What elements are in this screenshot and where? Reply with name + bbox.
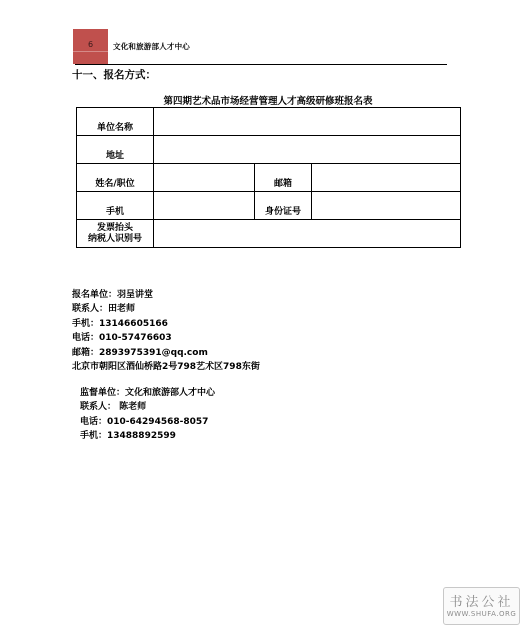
id-number-field[interactable]: [312, 192, 461, 220]
name-position-field[interactable]: [154, 164, 255, 192]
table-row: 手机 身份证号: [77, 192, 461, 220]
table-row: 地址: [77, 136, 461, 164]
registration-contact-person: 联系人：田老师: [72, 302, 260, 316]
section-title: 十一、报名方式：: [72, 67, 156, 82]
supervision-mobile: 手机：13488892599: [80, 429, 215, 443]
header-rule: [75, 64, 447, 65]
badge-divider: [73, 51, 108, 52]
label-tax-id: 纳税人识别号: [77, 234, 153, 245]
label-email: 邮箱: [255, 164, 312, 192]
label-address: 地址: [77, 136, 154, 164]
registration-email: 邮箱：2893975391@qq.com: [72, 346, 260, 360]
unit-name-field[interactable]: [154, 108, 461, 136]
supervision-phone: 电话：010-64294568-8057: [80, 415, 215, 429]
supervision-contact-block: 监督单位：文化和旅游部人才中心 联系人： 陈老师 电话：010-64294568…: [80, 386, 215, 444]
label-invoice-tax-id: 发票抬头 纳税人识别号: [77, 220, 154, 248]
email-field[interactable]: [312, 164, 461, 192]
label-id-number: 身份证号: [255, 192, 312, 220]
watermark-url: WWW.SHUFA.ORG: [444, 610, 519, 618]
page-number: 6: [73, 40, 108, 49]
registration-phone: 电话：010-57476603: [72, 331, 260, 345]
mobile-field[interactable]: [154, 192, 255, 220]
header-organization: 文化和旅游部人才中心: [113, 41, 190, 52]
table-row: 姓名/职位 邮箱: [77, 164, 461, 192]
supervision-contact-person: 联系人： 陈老师: [80, 400, 215, 414]
table-row: 发票抬头 纳税人识别号: [77, 220, 461, 248]
page-number-badge: 6: [73, 29, 108, 64]
address-field[interactable]: [154, 136, 461, 164]
supervision-unit: 监督单位：文化和旅游部人才中心: [80, 386, 215, 400]
registration-mobile: 手机：13146605166: [72, 317, 260, 331]
label-mobile: 手机: [77, 192, 154, 220]
watermark-brand: 书法公社: [444, 591, 519, 610]
registration-address: 北京市朝阳区酒仙桥路2号798艺术区798东街: [72, 360, 260, 374]
label-invoice-title: 发票抬头: [77, 223, 153, 234]
form-title: 第四期艺术品市场经营管理人才高级研修班报名表: [76, 93, 460, 107]
label-name-position: 姓名/职位: [77, 164, 154, 192]
invoice-tax-id-field[interactable]: [154, 220, 461, 248]
registration-unit: 报名单位：羽呈讲堂: [72, 288, 260, 302]
registration-form-table: 单位名称 地址 姓名/职位 邮箱 手机 身份证号 发票抬头 纳税人识别号: [76, 107, 461, 248]
watermark-logo: 书法公社 WWW.SHUFA.ORG: [443, 587, 520, 625]
label-unit-name: 单位名称: [77, 108, 154, 136]
registration-contact-block: 报名单位：羽呈讲堂 联系人：田老师 手机：13146605166 电话：010-…: [72, 288, 260, 374]
table-row: 单位名称: [77, 108, 461, 136]
